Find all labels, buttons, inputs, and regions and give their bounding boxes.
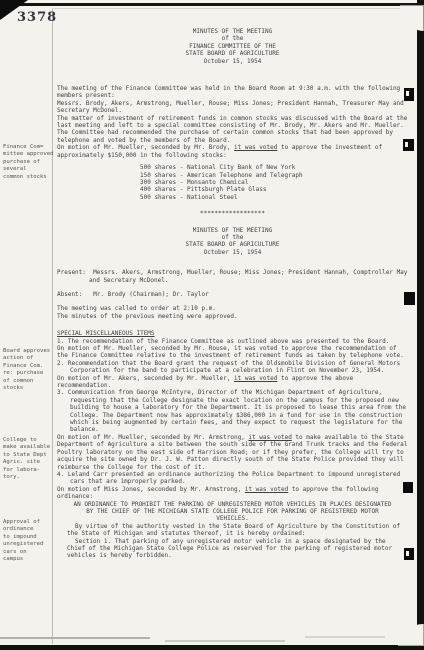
paragraph-called-to-order: The meeting was called to order at 2:10 … (57, 305, 408, 312)
agenda-item-2: 2. Recommendation that the Board grant t… (57, 360, 408, 375)
paragraph-section-1: Section 1. That parking of any unregiste… (57, 538, 408, 560)
scan-smudge (305, 636, 385, 638)
agenda-item-4: 4. Leland Carr presented an ordinance au… (57, 471, 408, 486)
motion-text-underlined: it was voted (245, 486, 288, 493)
motion-text-pre: On motion of Mr. Mueller, seconded by Mr… (57, 434, 248, 441)
motion-item-2: On motion of Mr. Akers, seconded by Mr. … (57, 375, 408, 390)
binder-mark (403, 482, 413, 493)
minutes-header-state-board: MINUTES OF THE MEETING of the STATE BOAR… (57, 227, 408, 257)
present-text: Messrs. Akers, Armstrong, Mueller, Rouse… (89, 269, 407, 283)
scanned-page: 3378 Finance Com= mittee approved purcha… (0, 0, 424, 650)
paragraph-meeting-held: The meeting of the Finance Committee was… (57, 85, 408, 100)
margin-note-board-approves: Board approves action of Finance Com. re… (3, 348, 55, 392)
minutes-header-finance-committee: MINUTES OF THE MEETING of the FINANCE CO… (57, 28, 408, 65)
scan-smudge (165, 640, 285, 642)
present-label: Present: (57, 269, 86, 276)
stock-list-item: 150 shares - American Telephone and Tele… (140, 172, 408, 179)
binder-mark (404, 548, 414, 560)
section-heading-special-items: SPECIAL MISCELLANEOUS ITEMS (57, 330, 408, 337)
paragraph-by-virtue: By virtue of the authority vested in the… (57, 523, 408, 538)
item-text: Communication from George McIntyre, Dire… (68, 389, 406, 433)
margin-note-college-site: College to make available to State Dept … (3, 437, 55, 481)
stock-list-item: 500 shares - National City Bank of New Y… (140, 164, 408, 171)
page-corner-fold (0, 0, 28, 20)
margin-note-ordinance: Approval of ordinance to impound unregis… (3, 519, 55, 563)
stock-purchase-list: 500 shares - National City Bank of New Y… (57, 164, 408, 201)
scan-top-edge (18, 3, 424, 6)
paragraph-minutes-approved: The minutes of the previous meeting were… (57, 313, 408, 320)
page-curl-bottom-right (398, 624, 424, 646)
paragraph-committee-recommended: The Committee had recommended the purcha… (57, 129, 408, 144)
ordinance-title: AN ORDINANCE TO PROHIBIT THE PARKING OF … (57, 501, 408, 523)
stock-list-item: 500 shares - National Steel (140, 194, 408, 201)
present-line: Present: Messrs. Akers, Armstrong, Muell… (57, 269, 408, 284)
binder-mark (404, 292, 415, 305)
motion-text-underlined: it was voted (248, 434, 291, 441)
binder-mark (403, 139, 414, 151)
item-text: The recommendation of the Finance Commit… (68, 338, 390, 345)
motion-text-underlined: it was voted (234, 144, 277, 151)
asterisk-divider: ****************** (57, 210, 408, 217)
motion-text-underlined: it was voted (234, 375, 277, 382)
scan-smudge (0, 637, 150, 639)
motion-text-pre: On motion of Mr. Mueller, seconded by Mr… (57, 144, 234, 151)
agenda-item-1: 1. The recommendation of the Finance Com… (57, 338, 408, 345)
motion-item-4: On motion of Miss Jones, seconded by Mr.… (57, 486, 408, 501)
item-text: Recommendation that the Board grant the … (68, 360, 400, 374)
absent-label: Absent: (57, 291, 82, 298)
stock-list-item: 300 shares - Monsanto Chemical (140, 179, 408, 186)
margin-note-finance-committee: Finance Com= mittee approved purchase of… (3, 144, 55, 181)
motion-item-1: On motion of Mr. Mueller, seconded by Mr… (57, 345, 408, 360)
scan-right-edge (417, 0, 424, 650)
binder-mark (404, 88, 414, 101)
scan-bottom-edge (0, 645, 424, 650)
motion-text-pre: On motion of Mr. Akers, seconded by Mr. … (57, 375, 234, 382)
paragraph-investment-matter: The matter of investment of retirement f… (57, 115, 408, 130)
absent-text: Mr. Brody (Chairman); Dr. Taylor (93, 291, 209, 298)
document-body: MINUTES OF THE MEETING of the FINANCE CO… (57, 0, 408, 560)
absent-line: Absent: Mr. Brody (Chairman); Dr. Taylor (57, 291, 408, 298)
motion-approve-investment: On motion of Mr. Mueller, seconded by Mr… (57, 144, 408, 159)
agenda-item-3: 3. Communication from George McIntyre, D… (57, 389, 408, 433)
motion-item-3: On motion of Mr. Mueller, seconded by Mr… (57, 434, 408, 471)
stock-list-item: 400 shares - Pittsburgh Plate Glass (140, 186, 408, 193)
motion-text-pre: On motion of Miss Jones, seconded by Mr.… (57, 486, 245, 493)
item-text: Leland Carr presented an ordinance autho… (68, 471, 400, 485)
paragraph-members-present: Messrs. Brody, Akers, Armstrong, Mueller… (57, 100, 408, 115)
